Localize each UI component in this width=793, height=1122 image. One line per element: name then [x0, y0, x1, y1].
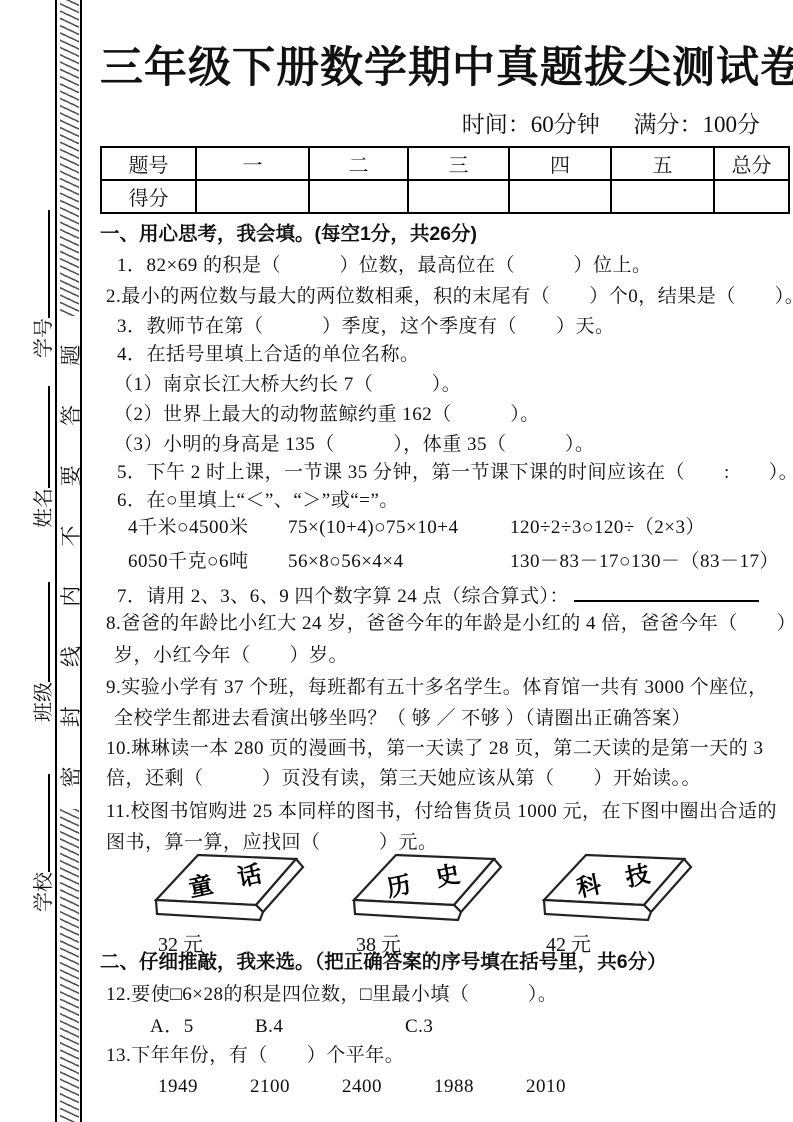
student-id-label: 学号 [33, 318, 55, 358]
question-4-sub2: （2）世界上最大的动物蓝鲸约重 162（ ）。 [100, 403, 793, 427]
question-4-sub3: （3）小明的身高是 135（ ），体重 35（ ）。 [100, 433, 793, 457]
option-a: A．5 [100, 1015, 255, 1039]
seal-hatch-bottom [60, 809, 79, 1122]
question-11: 11.校图书馆购进 25 本同样的图书，付给售货员 1000 元，在下图中圈出合… [100, 800, 793, 824]
book-figure-fairy-tale: 童 话 32 元 [142, 846, 310, 957]
option-c: C.3 [405, 1015, 433, 1039]
section2-heading: 二、仔细推敲，我来选。（把正确答案的序号填在括号里，共6分） [100, 950, 790, 974]
seal-warning-text: 密 封 线 内 不 要 答 题 [55, 316, 85, 810]
seal-label-school: 学校 [26, 774, 50, 912]
question-7-answer-blank [574, 581, 759, 602]
question-1: 1．82×69 的积是（ ）位数，最高位在（ ）位上。 [100, 254, 793, 278]
school-blank [26, 774, 50, 872]
score-row-label: 得分 [101, 180, 196, 213]
question-6: 6．在○里填上“＜”、“＞”或“=”。 [100, 489, 793, 513]
exam-info-line: 时间：60分钟 满分：100分 [100, 106, 790, 139]
seal-label-class: 班级 [26, 582, 50, 722]
score-header-cell: 一 [196, 147, 309, 180]
book-figure-history: 历 史 38 元 [340, 846, 508, 957]
question-8-cont: 岁，小红今年（ ）岁。 [100, 644, 793, 668]
option-b: B.4 [255, 1015, 405, 1039]
comparison-item: 4千米○4500米 [100, 516, 288, 540]
comparison-item: 56×8○56×4×4 [288, 550, 510, 574]
exam-title: 三年级下册数学期中真题拔尖测试卷 [100, 34, 790, 95]
question-7-text: 7．请用 2、3、6、9 四个数字算 24 点（综合算式）： [117, 586, 569, 607]
exam-paper-page: 密 封 线 内 不 要 答 题 学号 姓名 班级 学校 三年级下册数学期中真题拔… [0, 0, 793, 1122]
question-10: 10.琳琳读一本 280 页的漫画书，第一天读了 28 页，第二天读的是第一天的… [100, 737, 793, 761]
student-id-blank [26, 210, 50, 318]
question-4: 4．在括号里填上合适的单位名称。 [100, 343, 793, 367]
section1-heading: 一、用心思考，我会填。(每空1分，共26分) [100, 222, 790, 246]
score-empty-cell [196, 180, 309, 213]
seal-line-rotated-text: 密 封 线 内 不 要 答 题 [57, 0, 82, 1122]
class-label: 班级 [33, 682, 55, 722]
seal-label-name: 姓名 [26, 386, 50, 528]
name-label: 姓名 [33, 488, 55, 528]
question-13: 13.下年年份，有（ ）个平年。 [100, 1044, 793, 1068]
score-empty-cell [714, 180, 789, 213]
year-option: 2100 [250, 1075, 342, 1099]
comparison-item: 120÷2÷3○120÷（2×3） [510, 516, 705, 540]
score-header-cell: 五 [611, 147, 714, 180]
score-header-cell: 二 [309, 147, 408, 180]
question-4-sub1: （1）南京长江大桥大约长 7（ ）。 [100, 373, 793, 397]
comparison-item: 6050千克○6吨 [100, 550, 288, 574]
question-9-cont: 全校学生都进去看演出够坐吗？（ 够 ／ 不够 ）（请圈出正确答案） [100, 707, 793, 731]
question-9: 9.实验小学有 37 个班，每班都有五十多名学生。体育馆一共有 3000 个座位… [100, 676, 793, 700]
question-13-years: 1949 2100 2400 1988 2010 [100, 1075, 793, 1099]
school-label: 学校 [33, 872, 55, 912]
class-blank [26, 582, 50, 682]
score-table: 题号 一 二 三 四 五 总分 得分 [100, 146, 790, 214]
score-header-cell: 总分 [714, 147, 789, 180]
score-empty-cell [408, 180, 509, 213]
year-option: 1988 [434, 1075, 526, 1099]
score-table-header-row: 题号 一 二 三 四 五 总分 [101, 147, 789, 180]
question-6-row1: 4千米○4500米 75×(10+4)○75×10+4 120÷2÷3○120÷… [100, 516, 790, 540]
question-10-cont: 倍，还剩（ ）页没有读，第三天她应该从第（ ）开始读。。 [100, 767, 793, 791]
book-figure-science: 科 技 42 元 [530, 846, 698, 957]
score-empty-cell [509, 180, 611, 213]
year-option: 2400 [342, 1075, 434, 1099]
book-icon: 历 史 [340, 846, 508, 926]
books-illustration-row: 童 话 32 元 历 史 38 元 科 技 [100, 846, 790, 957]
score-empty-cell [309, 180, 408, 213]
question-12-options: A．5 B.4 C.3 [100, 1015, 790, 1039]
exam-full-score: 满分：100分 [634, 112, 761, 137]
question-3: 3．教师节在第（ ）季度，这个季度有（ ）天。 [100, 315, 793, 339]
question-5: 5．下午 2 时上课，一节课 35 分钟，第一节课下课的时间应该在（ : ）。 [100, 461, 793, 485]
question-12: 12.要使□6×28的积是四位数，□里最小填（ ）。 [100, 983, 793, 1007]
question-8: 8.爸爸的年龄比小红大 24 岁，爸爸今年的年龄是小红的 4 倍，爸爸今年（ ） [100, 612, 793, 636]
score-table-score-row: 得分 [101, 180, 789, 213]
question-2: 2.最小的两位数与最大的两位数相乘，积的末尾有（ ）个0，结果是（ ）。 [100, 285, 793, 309]
seal-hatch-top [60, 0, 79, 316]
name-blank [26, 386, 50, 488]
seal-label-student-id: 学号 [26, 210, 50, 358]
comparison-item: 130－83－17○130－（83－17） [510, 550, 779, 574]
exam-time: 时间：60分钟 [462, 112, 600, 137]
question-7: 7．请用 2、3、6、9 四个数字算 24 点（综合算式）： [100, 581, 793, 609]
year-option: 1949 [158, 1075, 250, 1099]
book-icon: 科 技 [530, 846, 698, 926]
score-header-cell: 题号 [101, 147, 196, 180]
year-option: 2010 [526, 1075, 618, 1099]
exam-content: 三年级下册数学期中真题拔尖测试卷 时间：60分钟 满分：100分 题号 一 二 … [100, 0, 790, 1122]
score-header-cell: 三 [408, 147, 509, 180]
book-icon: 童 话 [142, 846, 310, 926]
score-header-cell: 四 [509, 147, 611, 180]
comparison-item: 75×(10+4)○75×10+4 [288, 516, 510, 540]
score-empty-cell [611, 180, 714, 213]
question-6-row2: 6050千克○6吨 56×8○56×4×4 130－83－17○130－（83－… [100, 550, 790, 574]
